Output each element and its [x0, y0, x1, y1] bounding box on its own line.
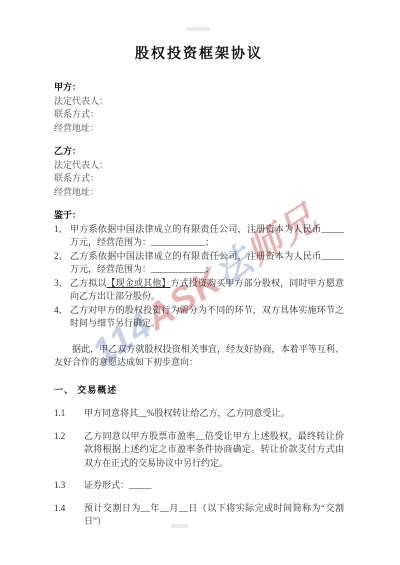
party-a-legal-representative: 法定代表人：: [54, 95, 344, 109]
party-a-block: 甲方： 法定代表人： 联系方式： 经营地址：: [54, 81, 344, 135]
recital-paragraph: 据此，甲乙双方就股权投资相关事宜，经友好协商，本着平等互利、友好合作的意愿达成如…: [54, 343, 344, 370]
item-number: 3、: [54, 277, 70, 304]
item-number: 2、: [54, 250, 70, 277]
party-b-block: 乙方： 法定代表人： 联系方式： 经营地址：: [54, 145, 344, 199]
document-title: 股权投资框架协议: [54, 44, 344, 65]
header-smudge: [186, 27, 210, 31]
clause-text: 乙方同意以甲方股票市盈率__倍受让甲方上述股权，最终转让价款将根据上述约定之市盈…: [84, 430, 344, 471]
clause-1-4: 1.4 预计交割日为__年__月__日（以下将实际完成时间简称为“交割日”）: [54, 502, 344, 529]
footer-smudge: [171, 524, 188, 528]
clause-number: 1.3: [54, 479, 84, 493]
whereas-block: 鉴于： 1、 甲方系依据中国法律成立的有限责任公司，注册资本为人民币_____万…: [54, 209, 344, 331]
whereas-item-2: 2、 乙方系依据中国法律成立的有限责任公司，注册资本为人民币_____万元，经营…: [54, 250, 344, 277]
item-text-pre: 乙方拟以: [70, 278, 107, 288]
whereas-label: 鉴于：: [54, 209, 344, 223]
whereas-item-4: 4、 乙方对甲方的股权投资行为需分为不同的环节，双方具体实施环节之时间与细节另行…: [54, 304, 344, 331]
clause-number: 1.2: [54, 430, 84, 471]
document-page: 114ASK法师兄 股权投资框架协议 甲方： 法定代表人： 联系方式： 经营地址…: [0, 0, 400, 565]
party-a-label: 甲方：: [54, 81, 344, 95]
item-text-underlined: 【现金或其他】: [107, 278, 171, 288]
item-text: 乙方系依据中国法律成立的有限责任公司，注册资本为人民币_____万元，经营范围为…: [70, 250, 344, 277]
whereas-item-3: 3、 乙方拟以【现金或其他】方式投资购买甲方部分股权，同时甲方愿意向乙方出让部分…: [54, 277, 344, 304]
party-b-legal-representative: 法定代表人：: [54, 159, 344, 173]
clause-number: 1.1: [54, 407, 84, 421]
item-text: 乙方对甲方的股权投资行为需分为不同的环节，双方具体实施环节之时间与细节另行确定。: [70, 304, 344, 331]
party-a-contact: 联系方式：: [54, 108, 344, 122]
party-b-address: 经营地址：: [54, 186, 344, 200]
whereas-item-1: 1、 甲方系依据中国法律成立的有限责任公司，注册资本为人民币_____万元，经营…: [54, 223, 344, 250]
item-text: 乙方拟以【现金或其他】方式投资购买甲方部分股权，同时甲方愿意向乙方出让部分股份。: [70, 277, 344, 304]
party-a-address: 经营地址：: [54, 122, 344, 136]
item-text: 甲方系依据中国法律成立的有限责任公司，注册资本为人民币_____万元，经营范围为…: [70, 223, 344, 250]
clause-text: 证券形式：_____: [84, 479, 344, 493]
item-number: 1、: [54, 223, 70, 250]
clause-1-3: 1.3 证券形式：_____: [54, 479, 344, 493]
party-b-contact: 联系方式：: [54, 172, 344, 186]
party-b-label: 乙方：: [54, 145, 344, 159]
clause-text: 预计交割日为__年__月__日（以下将实际完成时间简称为“交割日”）: [84, 502, 344, 529]
clause-1-2: 1.2 乙方同意以甲方股票市盈率__倍受让甲方上述股权，最终转让价款将根据上述约…: [54, 430, 344, 471]
item-number: 4、: [54, 304, 70, 331]
clause-1-1: 1.1 甲方同意将其__%股权转让给乙方，乙方同意受让。: [54, 407, 344, 421]
section-1-heading: 一、 交易概述: [54, 384, 344, 398]
document-content: 股权投资框架协议 甲方： 法定代表人： 联系方式： 经营地址： 乙方： 法定代表…: [0, 0, 400, 529]
clause-number: 1.4: [54, 502, 84, 529]
clause-text: 甲方同意将其__%股权转让给乙方，乙方同意受让。: [84, 407, 344, 421]
